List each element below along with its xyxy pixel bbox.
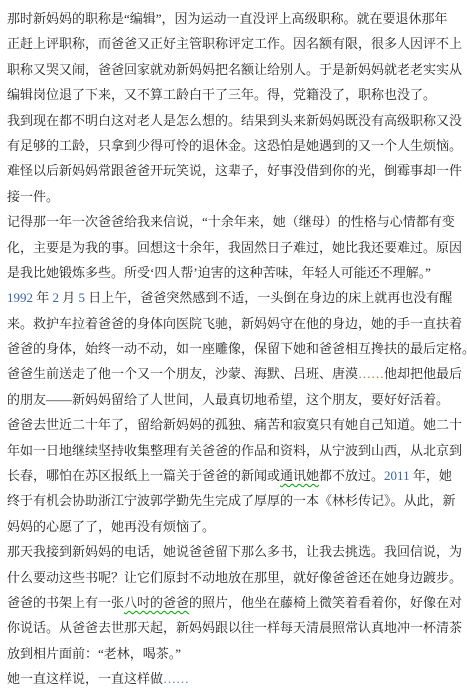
text-segment: 那天我接到新妈妈的电话，她说爸爸留下那么多书，让我去挑选。我回信说，为 [7, 544, 462, 559]
text-segment: 妈妈的心愿了了，她再没有烦恼了。 [7, 519, 215, 534]
text-line: 1992 年 2 月 5 日上午，爸爸突然感到不适，一头倒在身边的床上就再也没有… [7, 285, 461, 310]
text-segment: 的朋友——新妈妈留给了人世间，人最真切地希望，这个朋友，要好好活着。 [7, 392, 449, 407]
text-line: 职称又哭又闹，爸爸回家就劝新妈妈把名额让给别人。于是新妈妈就老老实实从 [7, 57, 461, 82]
text-line: 那时新妈妈的职称是“编辑”，因为运动一直没评上高级职称。就在要退休那年 [7, 6, 461, 31]
text-segment-squiggle: 通讯她 [280, 468, 319, 483]
text-line: 那天我接到新妈妈的电话，她说爸爸留下那么多书，让我去挑选。我回信说，为 [7, 539, 461, 564]
text-segment: 记得那一年一次爸爸给我来信说，“十余年来，她（继母）的性格与心情都有变 [7, 214, 455, 229]
document-page: 那时新妈妈的职称是“编辑”，因为运动一直没评上高级职称。就在要退休那年正赶上评职… [0, 0, 467, 698]
text-segment: 什么要动这些书呢？让它们原封不动地放在那里，就好像爸爸还在她身边踱步。 [7, 570, 462, 585]
text-line: 的朋友——新妈妈留给了人世间，人最真切地希望，这个朋友，要好好活着。 [7, 387, 461, 412]
text-segment: 年，她 [410, 468, 452, 483]
text-line: 终于有机会协助浙江宁波郭学勤先生完成了厚厚的一本《林杉传记》。从此，新 [7, 488, 461, 513]
text-line: 你说话。从爸爸去世那天起，新妈妈跟以往一样每天清晨照常认真地冲一杯清茶 [7, 615, 461, 640]
text-segment: 的照片，他坐在藤椅上微笑着看着你，好像在对 [189, 595, 462, 610]
text-segment-num: 2011 [384, 468, 410, 483]
text-segment: 爸爸的身体，始终一动不动，如一座雕像，保留下她和爸爸相互搀扶的最后定格。 [7, 341, 467, 356]
text-line: 化，主要是为我的事。回想这十余年，我固然日子难过，她比我还要难过。原因 [7, 235, 461, 260]
text-line: 妈妈的心愿了了，她再没有烦恼了。 [7, 514, 461, 539]
text-line: 有足够的工龄，只拿到少得可怜的退休金。这恐怕是她遇到的又一个人生烦恼。 [7, 133, 461, 158]
text-segment: 他却把他最后 [384, 366, 462, 381]
text-segment: 那时新妈妈的职称是“编辑”，因为运动一直没评上高级职称。就在要退休那年 [7, 11, 448, 26]
text-segment-num: 1992 [7, 290, 33, 305]
text-segment: 你说话。从爸爸去世那天起，新妈妈跟以往一样每天清晨照常认真地冲一杯清茶 [7, 620, 462, 635]
text-segment-dots-orange: …… [358, 366, 384, 381]
text-line: 爸爸生前送走了他一个又一个朋友，沙蒙、海默、吕班、唐漠……他却把他最后 [7, 361, 461, 386]
text-segment: 长春，哪怕在苏区报纸上一篇关于爸爸的新闻或 [7, 468, 280, 483]
text-line: 编辑岗位退了下来，又不算工龄白干了三年。得，党籍没了，职称也没了。 [7, 82, 461, 107]
text-line: 接一件。 [7, 184, 461, 209]
document-body: 那时新妈妈的职称是“编辑”，因为运动一直没评上高级职称。就在要退休那年正赶上评职… [7, 6, 461, 692]
text-segment: 我到现在都不明白这对老人是怎么想的。结果到头来新妈妈既没有高级职称又没 [7, 113, 462, 128]
text-line: 难怪以后新妈妈常跟爸爸开玩笑说，这辈子，好事没借到你的光，倒霉事却一件 [7, 158, 461, 183]
text-segment: 爸爸生前送走了他一个又一个朋友，沙蒙、海默、吕班、唐漠 [7, 366, 358, 381]
text-segment-squiggle: 八吋的爸爸 [124, 595, 189, 610]
text-line: 爸爸的身体，始终一动不动，如一座雕像，保留下她和爸爸相互搀扶的最后定格。 [7, 336, 461, 361]
text-segment: 化，主要是为我的事。回想这十余年，我固然日子难过，她比我还要难过。原因 [7, 240, 462, 255]
text-line: 是我比她锻炼多些。所受‘四人帮’迫害的这种苦味，年轻人可能还不理解。” [7, 260, 461, 285]
text-segment: 都不放过。 [319, 468, 384, 483]
text-segment: 她一直这样说，一直这样做 [7, 671, 163, 686]
text-segment: 正赶上评职称，而爸爸又正好主管职称评定工作。因名额有限，很多人因评不上 [7, 36, 462, 51]
text-line: 我到现在都不明白这对老人是怎么想的。结果到头来新妈妈既没有高级职称又没 [7, 108, 461, 133]
text-line: 来。救护车拉着爸爸的身体向医院飞驰，新妈妈守在他的身边，她的手一直扶着 [7, 311, 461, 336]
text-segment: 终于有机会协助浙江宁波郭学勤先生完成了厚厚的一本《林杉传记》。从此，新 [7, 493, 456, 508]
text-segment: 有足够的工龄，只拿到少得可怜的退休金。这恐怕是她遇到的又一个人生烦恼。 [7, 138, 462, 153]
text-segment: 接一件。 [7, 189, 59, 204]
text-line: 记得那一年一次爸爸给我来信说，“十余年来，她（继母）的性格与心情都有变 [7, 209, 461, 234]
text-segment: 年 [33, 290, 53, 305]
text-line: 放到相片面前：“老林，喝茶。” [7, 641, 461, 666]
text-segment: 月 [59, 290, 79, 305]
text-segment: 来。救护车拉着爸爸的身体向医院飞驰，新妈妈守在他的身边，她的手一直扶着 [7, 316, 462, 331]
text-segment: 放到相片面前：“老林，喝茶。” [7, 646, 181, 661]
text-segment: 爸爸的书架上有一张 [7, 595, 124, 610]
text-line: 正赶上评职称，而爸爸又正好主管职称评定工作。因名额有限，很多人因评不上 [7, 31, 461, 56]
text-segment: 难怪以后新妈妈常跟爸爸开玩笑说，这辈子，好事没借到你的光，倒霉事却一件 [7, 163, 462, 178]
text-segment: 职称又哭又闹，爸爸回家就劝新妈妈把名额让给别人。于是新妈妈就老老实实从 [7, 62, 462, 77]
text-line: 年如一日地继续坚持收集整理有关爸爸的作品和资料，从宁波到山西，从北京到 [7, 438, 461, 463]
text-segment: 爸爸去世近二十年了，留给新妈妈的孤独、痛苦和寂寞只有她自己知道。她二十 [7, 417, 462, 432]
text-line: 长春，哪怕在苏区报纸上一篇关于爸爸的新闻或通讯她都不放过。2011 年，她 [7, 463, 461, 488]
text-segment-dots-blue: …… [163, 671, 189, 686]
text-line: 爸爸去世近二十年了，留给新妈妈的孤独、痛苦和寂寞只有她自己知道。她二十 [7, 412, 461, 437]
text-line: 她一直这样说，一直这样做…… [7, 666, 461, 691]
text-line: 什么要动这些书呢？让它们原封不动地放在那里，就好像爸爸还在她身边踱步。 [7, 565, 461, 590]
text-line: 爸爸的书架上有一张八吋的爸爸的照片，他坐在藤椅上微笑着看着你，好像在对 [7, 590, 461, 615]
text-segment: 日上午，爸爸突然感到不适，一头倒在身边的床上就再也没有醒 [85, 290, 452, 305]
text-segment: 编辑岗位退了下来，又不算工龄白干了三年。得，党籍没了，职称也没了。 [7, 87, 436, 102]
text-segment: 年如一日地继续坚持收集整理有关爸爸的作品和资料，从宁波到山西，从北京到 [7, 443, 462, 458]
text-segment: 是我比她锻炼多些。所受‘四人帮’迫害的这种苦味，年轻人可能还不理解。” [7, 265, 431, 280]
